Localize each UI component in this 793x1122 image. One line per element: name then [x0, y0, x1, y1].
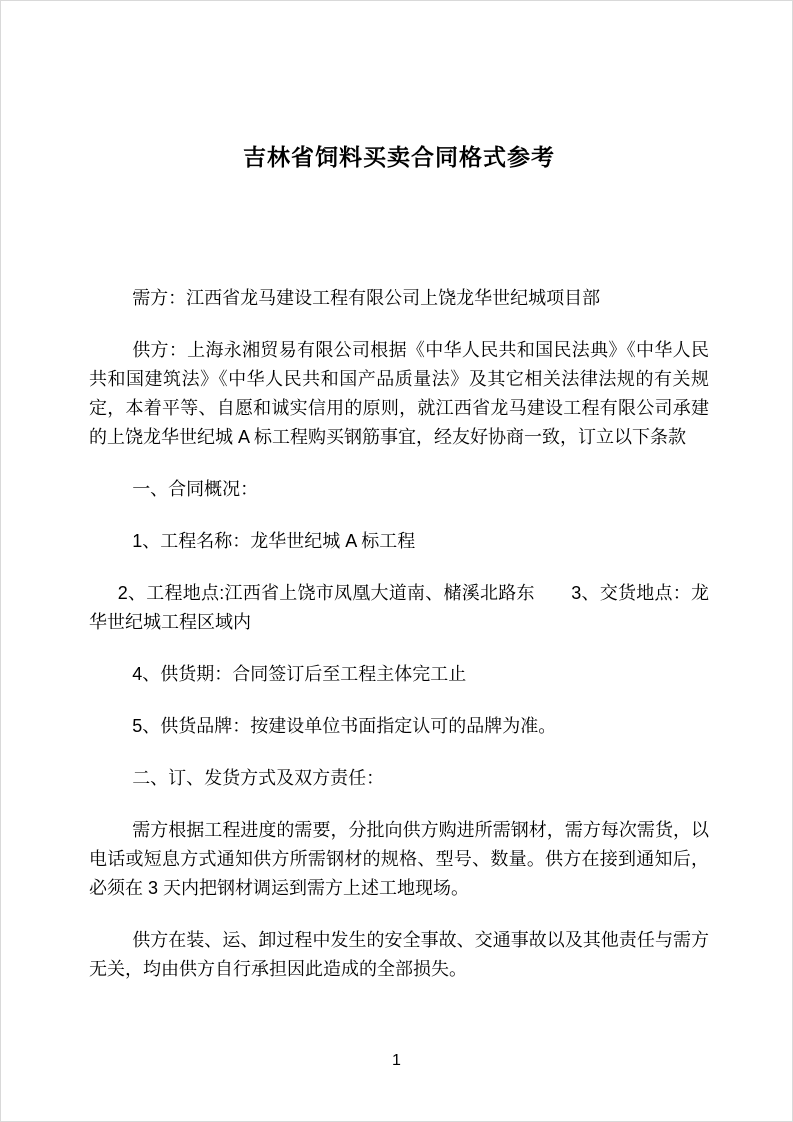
para-ordering-delivery: 需方根据工程进度的需要，分批向供方购进所需钢材，需方每次需货，以电话或短息方式通…	[89, 816, 709, 903]
para-supplier-preamble: 供方：上海永湘贸易有限公司根据《中华人民共和国民法典》《中华人民共和国建筑法》《…	[89, 336, 709, 452]
document-page: 吉林省饲料买卖合同格式参考 需方：江西省龙马建设工程有限公司上饶龙华世纪城项目部…	[0, 0, 793, 1122]
document-content: 吉林省饲料买卖合同格式参考 需方：江西省龙马建设工程有限公司上饶龙华世纪城项目部…	[89, 142, 709, 1007]
clause-project-name: 1、工程名称：龙华世纪城 A 标工程	[89, 527, 709, 556]
section-1-heading: 一、合同概况：	[89, 475, 709, 504]
clause-supply-period: 4、供货期：合同签订后至工程主体完工止	[89, 660, 709, 689]
para-buyer: 需方：江西省龙马建设工程有限公司上饶龙华世纪城项目部	[89, 284, 709, 313]
page-number: 1	[1, 1051, 792, 1071]
section-2-heading: 二、订、发货方式及双方责任：	[89, 764, 709, 793]
clause-supply-brand: 5、供货品牌：按建设单位书面指定认可的品牌为准。	[89, 712, 709, 741]
para-liability: 供方在装、运、卸过程中发生的安全事故、交通事故以及其他责任与需方无关，均由供方自…	[89, 926, 709, 984]
clause-project-location-and-delivery-place: 2、工程地点:江西省上饶市凤凰大道南、槠溪北路东 3、交货地点：龙华世纪城工程区…	[89, 579, 709, 637]
document-title: 吉林省饲料买卖合同格式参考	[89, 142, 709, 172]
